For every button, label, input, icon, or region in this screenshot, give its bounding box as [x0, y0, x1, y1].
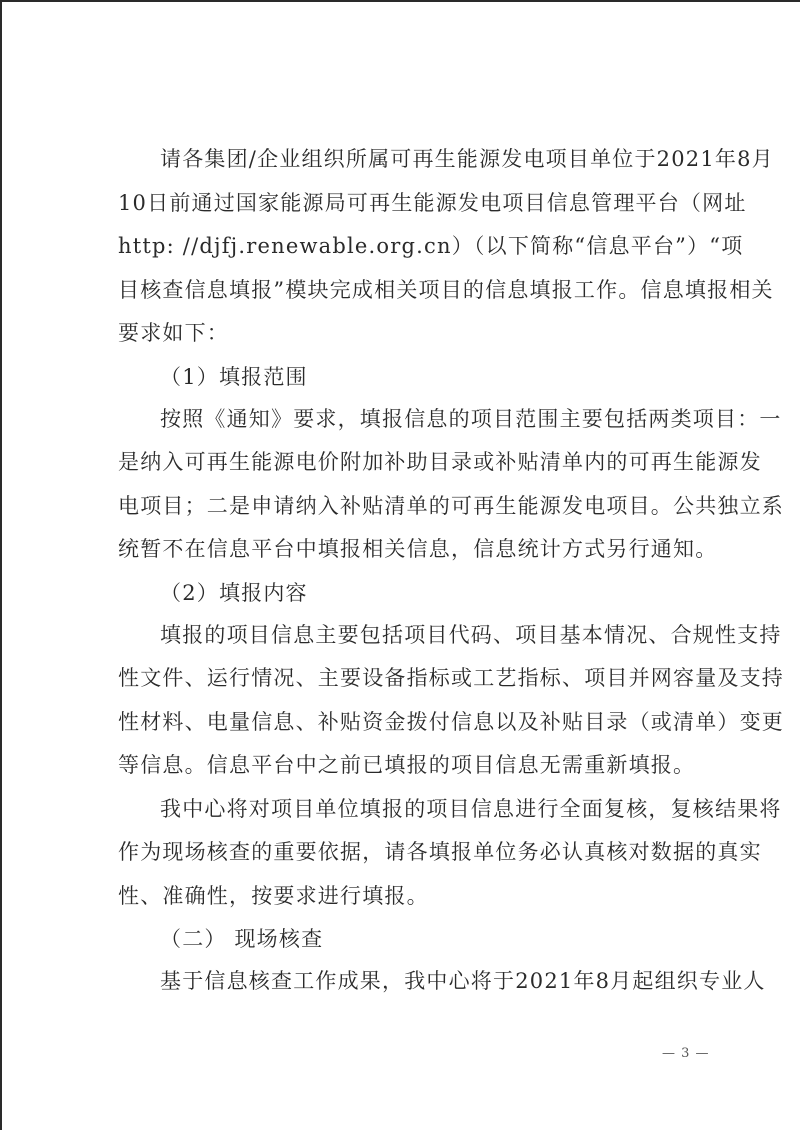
section-heading-scope: （1）填报范围	[118, 356, 690, 398]
text-line: 电项目；二是申请纳入补贴清单的可再生能源发电项目。公共独立系	[118, 485, 690, 529]
text-line: 等信息。信息平台中之前已填报的项目信息无需重新填报。	[118, 744, 690, 788]
text-line: 性文件、运行情况、主要设备指标或工艺指标、项目并网容量及支持	[118, 657, 690, 701]
text-line: 按照《通知》要求，填报信息的项目范围主要包括两类项目：一	[118, 398, 690, 442]
text-line: 请各集团/企业组织所属可再生能源发电项目单位于2021年8月	[118, 138, 690, 182]
paragraph-scope: 按照《通知》要求，填报信息的项目范围主要包括两类项目：一 是纳入可再生能源电价附…	[118, 398, 690, 572]
text-line: 是纳入可再生能源电价附加补助目录或补贴清单内的可再生能源发	[118, 441, 690, 485]
text-line: 目核查信息填报”模块完成相关项目的信息填报工作。信息填报相关	[118, 269, 690, 313]
text-line: 要求如下：	[118, 312, 690, 356]
text-line: 填报的项目信息主要包括项目代码、项目基本情况、合规性支持	[118, 614, 690, 658]
document-page: 请各集团/企业组织所属可再生能源发电项目单位于2021年8月 10日前通过国家能…	[0, 0, 800, 1130]
text-line: 基于信息核查工作成果，我中心将于2021年8月起组织专业人	[118, 960, 690, 1004]
paragraph-onsite: 基于信息核查工作成果，我中心将于2021年8月起组织专业人	[118, 960, 690, 1004]
text-line: 性、准确性，按要求进行填报。	[118, 875, 690, 919]
paragraph-platform-instructions: 请各集团/企业组织所属可再生能源发电项目单位于2021年8月 10日前通过国家能…	[118, 138, 690, 356]
section-heading-content: （2）填报内容	[118, 572, 690, 614]
text-line: 统暂不在信息平台中填报相关信息，信息统计方式另行通知。	[118, 528, 690, 572]
text-line: 我中心将对项目单位填报的项目信息进行全面复核，复核结果将	[118, 788, 690, 832]
section-heading-onsite-inspection: （二） 现场核查	[118, 918, 690, 960]
text-line: http: //djfj.renewable.org.cn）（以下简称“信息平台…	[118, 225, 690, 269]
text-line: 10日前通过国家能源局可再生能源发电项目信息管理平台（网址	[118, 182, 690, 226]
paragraph-content: 填报的项目信息主要包括项目代码、项目基本情况、合规性支持 性文件、运行情况、主要…	[118, 614, 690, 788]
text-line: 作为现场核查的重要依据，请各填报单位务必认真核对数据的真实	[118, 831, 690, 875]
document-body: 请各集团/企业组织所属可再生能源发电项目单位于2021年8月 10日前通过国家能…	[118, 138, 690, 1004]
paragraph-review: 我中心将对项目单位填报的项目信息进行全面复核，复核结果将 作为现场核查的重要依据…	[118, 788, 690, 919]
text-line: 性材料、电量信息、补贴资金拨付信息以及补贴目录（或清单）变更	[118, 701, 690, 745]
page-number: — 3 —	[662, 1046, 710, 1061]
